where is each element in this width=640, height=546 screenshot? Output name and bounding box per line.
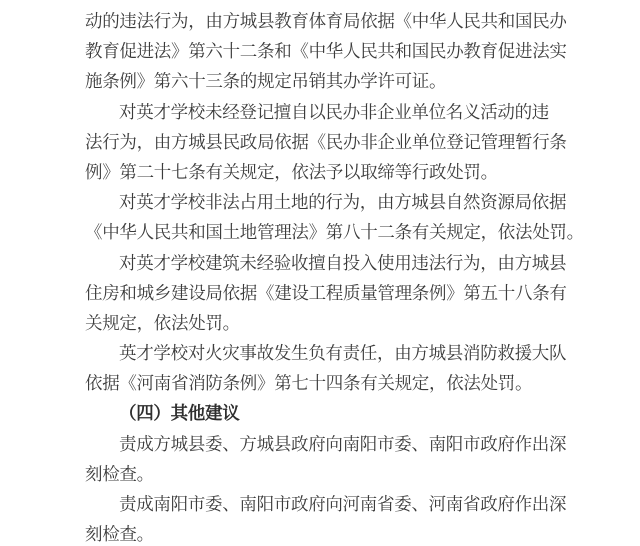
document-line: 依据《河南省消防条例》第七十四条有关规定，依法处罚。 xyxy=(85,368,575,398)
document-line: 责成南阳市委、南阳市政府向河南省委、河南省政府作出深 xyxy=(85,489,575,519)
document-line: 动的违法行为，由方城县教育体育局依据《中华人民共和国民办 xyxy=(85,6,575,36)
section-heading: （四）其他建议 xyxy=(85,398,575,428)
document-line: 责成方城县委、方城县政府向南阳市委、南阳市政府作出深 xyxy=(85,429,575,459)
document-page: 动的违法行为，由方城县教育体育局依据《中华人民共和国民办教育促进法》第六十二条和… xyxy=(0,0,640,546)
document-line: 刻检查。 xyxy=(85,459,575,489)
document-line: 施条例》第六十三条的规定吊销其办学许可证。 xyxy=(85,66,575,96)
document-line: 对英才学校非法占用土地的行为，由方城县自然资源局依据 xyxy=(85,187,575,217)
document-line: 英才学校对火灾事故发生负有责任，由方城县消防救援大队 xyxy=(85,338,575,368)
document-line: 关规定，依法处罚。 xyxy=(85,308,575,338)
document-body: 动的违法行为，由方城县教育体育局依据《中华人民共和国民办教育促进法》第六十二条和… xyxy=(85,6,575,546)
document-line: 对英才学校未经登记擅自以民办非企业单位名义活动的违 xyxy=(85,97,575,127)
document-line: 《中华人民共和国土地管理法》第八十二条有关规定，依法处罚。 xyxy=(85,217,575,247)
document-line: 教育促进法》第六十二条和《中华人民共和国民办教育促进法实 xyxy=(85,36,575,66)
document-line: 刻检查。 xyxy=(85,519,575,546)
document-line: 对英才学校建筑未经验收擅自投入使用违法行为，由方城县 xyxy=(85,248,575,278)
document-line: 法行为，由方城县民政局依据《民办非企业单位登记管理暂行条 xyxy=(85,127,575,157)
document-line: 例》第二十七条有关规定，依法予以取缔等行政处罚。 xyxy=(85,157,575,187)
document-line: 住房和城乡建设局依据《建设工程质量管理条例》第五十八条有 xyxy=(85,278,575,308)
